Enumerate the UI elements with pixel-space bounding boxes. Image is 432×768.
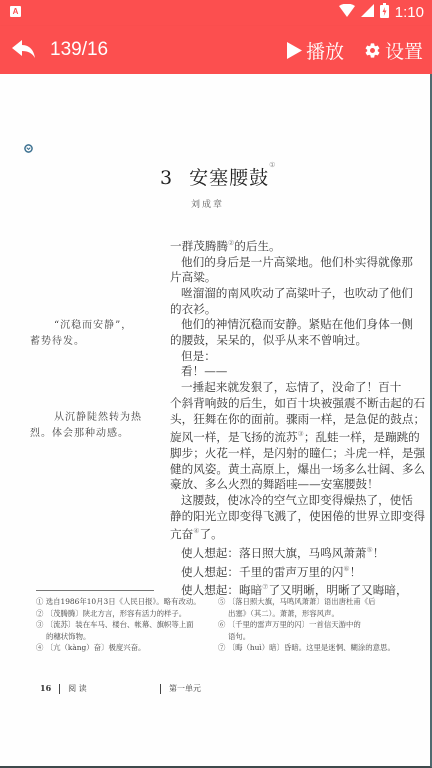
status-bar: A 1:10 — [0, 0, 432, 26]
body-line-text: ！ — [373, 546, 385, 560]
body-line-text: 脚步；火花一样，是闪射的瞳仁；斗虎一样，是强 — [170, 446, 425, 460]
page-folio: 16阅 读 — [40, 683, 87, 694]
body-line-text: 一捶起来就发狠了，忘情了，没命了！百十 — [181, 380, 401, 394]
body-line-text: 的腰鼓，呆呆的，似乎从来不曾响过。 — [170, 333, 367, 347]
body-line: 一群茂腾腾②的后生。 — [170, 236, 414, 255]
notification-icon: A — [10, 6, 21, 17]
body-line: 的腰鼓，呆呆的，似乎从来不曾响过。 — [170, 333, 414, 349]
body-line: 豪放、多么火烈的舞蹈哇——安塞腰鼓！ — [170, 477, 414, 493]
body-line-text: 旋风一样，是飞扬的流苏 — [170, 430, 298, 444]
footnote: 语句。 — [218, 631, 418, 643]
footnote: ③ 〔流苏〕装在车马、楼台、帐幕、旗帜等上面 — [36, 619, 210, 631]
wifi-icon — [339, 4, 355, 22]
body-line-text: 使人想起：晦暗 — [181, 583, 262, 597]
audio-marker-icon[interactable] — [24, 144, 33, 153]
lesson-title-text: 安塞腰鼓 — [189, 167, 269, 189]
body-line-text: 了又明晰，明晰了又晦暗， — [268, 583, 407, 597]
section-name: 阅 读 — [68, 684, 87, 693]
body-line: 咝溜溜的南风吹动了高粱叶子，也吹动了他们 — [170, 286, 414, 302]
body-line: 使人想起：千里的雷声万里的闪⑥！ — [170, 562, 414, 581]
footnote: ⑦ 〔晦（huì）暗〕昏暗。这里是迷惘、糊涂的意思。 — [218, 642, 418, 654]
body-line-text: 个斜背响鼓的后生，如百十块被强震不断击起的石 — [170, 396, 425, 410]
body-line-text: 一群茂腾腾 — [170, 239, 228, 253]
body-line: 他们的身后是一片高粱地。他们朴实得就像那 — [170, 255, 414, 271]
body-line: 头，狂舞在你的面前。骤雨一样，是急促的鼓点； — [170, 412, 414, 428]
play-label: 播放 — [306, 37, 344, 64]
body-line: 一捶起来就发狠了，忘情了，没命了！百十 — [170, 380, 414, 396]
body-line-text: 的衣衫。 — [170, 302, 216, 316]
margin-note-line: 蓄势待发。 — [30, 334, 162, 350]
back-button[interactable] — [12, 38, 38, 62]
play-button[interactable]: 播放 — [286, 26, 344, 74]
lesson-number: 3 — [160, 167, 173, 189]
cell-signal-icon — [361, 4, 374, 22]
body-line: 脚步；火花一样，是闪射的瞳仁；斗虎一样，是强 — [170, 446, 414, 462]
body-line-text: 片高粱。 — [170, 270, 216, 284]
body-line: 片高粱。 — [170, 270, 414, 286]
body-line: 个斜背响鼓的后生，如百十块被强震不断击起的石 — [170, 396, 414, 412]
margin-note-line: 烈。体会那种动感。 — [30, 426, 162, 442]
footnote: ⑥ 〔千里的雷声万里的闪〕一首信天游中的 — [218, 619, 418, 631]
body-line: 使人想起：落日照大旗，马鸣风萧萧⑤！ — [170, 543, 414, 562]
body-line: 亢奋④了。 — [170, 524, 414, 543]
margin-note-line: “沉稳而安静”， — [30, 318, 162, 334]
battery-charging-icon — [380, 3, 389, 23]
folio-divider — [59, 684, 60, 694]
body-line-text: 豪放、多么火烈的舞蹈哇——安塞腰鼓！ — [170, 477, 379, 491]
body-line-text: 亢奋 — [170, 527, 193, 541]
footnote: 的穗状饰物。 — [36, 631, 210, 643]
body-line-text: 静的阳光立即变得飞溅了，使困倦的世界立即变得 — [170, 509, 425, 523]
body-line-text: ！ — [350, 564, 362, 578]
body-line-text: 健的风姿。黄土高原上，爆出一场多么壮阔、多么 — [170, 462, 425, 476]
body-line: 健的风姿。黄土高原上，爆出一场多么壮阔、多么 — [170, 462, 414, 478]
body-line-text: 头，狂舞在你的面前。骤雨一样，是急促的鼓点； — [170, 412, 425, 426]
body-line-text: 这腰鼓，使冰冷的空气立即变得燥热了，使恬 — [181, 493, 413, 507]
gear-icon — [364, 42, 381, 59]
settings-label: 设置 — [385, 37, 423, 64]
body-line-text: ；乱蛙一样，是蹦跳的 — [304, 430, 420, 444]
body-text: 一群茂腾腾②的后生。他们的身后是一片高粱地。他们朴实得就像那片高粱。咝溜溜的南风… — [170, 236, 414, 599]
body-line: 这腰鼓，使冰冷的空气立即变得燥热了，使恬 — [170, 493, 414, 509]
body-line: 的衣衫。 — [170, 302, 414, 318]
footnote: 出塞》（其二）。萧萧，形容风声。 — [218, 608, 418, 620]
app-toolbar: 139/16 播放 设置 — [0, 26, 432, 74]
footnote: ⑤ 〔落日照大旗，马鸣风萧萧〕语出唐杜甫《后 — [218, 596, 418, 608]
page-indicator: 139/16 — [50, 26, 108, 74]
body-line: 静的阳光立即变得飞溅了，使困倦的世界立即变得 — [170, 509, 414, 525]
folio-divider — [160, 684, 161, 694]
author: 刘成章 — [191, 197, 224, 210]
unit-name: 第一单元 — [169, 684, 201, 693]
footnotes-left: ① 选自1986年10月3日《人民日报》。略有改动。② 〔茂腾腾〕陕北方言，形容… — [36, 596, 210, 654]
body-line: 旋风一样，是飞扬的流苏③；乱蛙一样，是蹦跳的 — [170, 427, 414, 446]
reply-arrow-icon — [12, 38, 36, 60]
body-line-text: 的后生。 — [234, 239, 280, 253]
body-line-text: 使人想起：落日照大旗，马鸣风萧萧 — [181, 546, 367, 560]
margin-note-1: “沉稳而安静”， 蓄势待发。 — [30, 318, 162, 350]
clock: 1:10 — [395, 4, 424, 22]
settings-button[interactable]: 设置 — [364, 26, 423, 74]
body-line-text: 他们的神情沉稳而安静。紧贴在他们身体一侧 — [181, 317, 413, 331]
body-line-text: 咝溜溜的南风吹动了高粱叶子，也吹动了他们 — [181, 286, 413, 300]
body-line-text: 看！—— — [181, 364, 227, 378]
body-line: 他们的神情沉稳而安静。紧贴在他们身体一侧 — [170, 317, 414, 333]
page-folio-unit: 第一单元 — [152, 683, 201, 694]
body-line: 但是： — [170, 349, 414, 365]
play-icon — [286, 42, 302, 59]
body-line-text: 但是： — [181, 349, 216, 363]
margin-note-line: 从沉静陡然转为热 — [30, 410, 162, 426]
body-line: 看！—— — [170, 364, 414, 380]
footnote: ① 选自1986年10月3日《人民日报》。略有改动。 — [36, 596, 210, 608]
lesson-title: 3安塞腰鼓① — [160, 163, 276, 190]
footnote: ② 〔茂腾腾〕陕北方言，形容有活力的样子。 — [36, 608, 210, 620]
footnote: ④ 〔亢（kàng）奋〕极度兴奋。 — [36, 642, 210, 654]
footnotes-right: ⑤ 〔落日照大旗，马鸣风萧萧〕语出唐杜甫《后出塞》（其二）。萧萧，形容风声。⑥ … — [218, 596, 418, 654]
title-footnote-mark: ① — [269, 161, 276, 169]
footnote-divider — [36, 590, 154, 591]
body-line-text: 了。 — [199, 527, 222, 541]
page-number: 16 — [40, 683, 51, 693]
body-line-text: 使人想起：千里的雷声万里的闪 — [181, 564, 343, 578]
body-line-text: 他们的身后是一片高粱地。他们朴实得就像那 — [181, 255, 413, 269]
margin-note-2: 从沉静陡然转为热 烈。体会那种动感。 — [30, 410, 162, 442]
